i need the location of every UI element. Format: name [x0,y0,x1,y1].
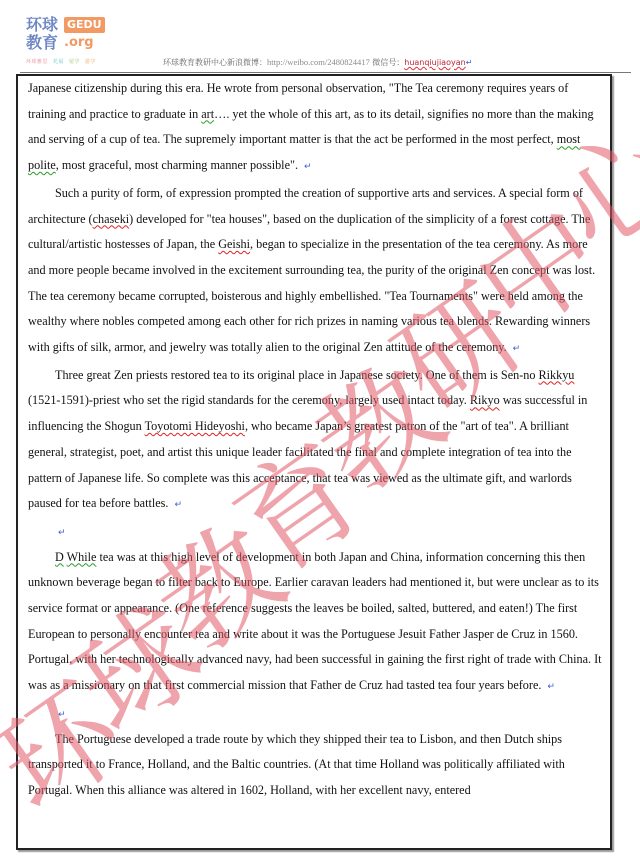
text-run: The Portuguese developed a trade route b… [28,732,565,797]
paragraph-mark-icon: ↵ [466,58,473,67]
logo-org-text: .org [64,35,94,50]
logo-sub-item: 托福 [53,59,64,65]
weibo-url-link[interactable]: http://weibo.com/2480824417 [267,57,370,67]
paragraph: The Portuguese developed a trade route b… [28,727,606,804]
spelling-error: Rikyo [470,393,500,407]
logo-gedu-badge: GEDU [64,17,105,33]
paragraph: Japanese citizenship during this era. He… [28,76,606,181]
logo-subtitle: 环球雅思托福留学游学 [26,58,101,65]
spelling-error: chaseki [93,212,130,226]
wechat-label: 微信号： [372,58,404,67]
paragraph-mark-icon: ↵ [58,710,66,720]
logo-cn-line2: 教育 [26,34,58,52]
paragraph-mark-icon: ↵ [547,682,555,692]
document-body[interactable]: Japanese citizenship during this era. He… [28,76,606,804]
text-run: , began to specialize in the presentatio… [28,237,595,354]
paragraph: D While tea was at this high level of de… [28,545,606,701]
wechat-id: huanqiujiaoyan [404,58,465,67]
weibo-info-line: 环球教育教研中心新浪微博：http://weibo.com/2480824417… [163,57,472,68]
logo-chinese-text: 环球 教育 [26,16,58,52]
text-run: , most graceful, most charming manner po… [56,158,298,172]
logo-sub-item: 环球雅思 [26,59,48,65]
grammar-warning: D [55,550,64,564]
paragraph: Three great Zen priests restored tea to … [28,363,606,519]
logo-sub-item: 留学 [69,59,80,65]
paragraph-mark-icon: ↵ [174,500,182,510]
empty-paragraph: ↵ [28,701,606,727]
document-text-box: Japanese citizenship during this era. He… [16,74,612,850]
header-divider [20,72,631,73]
weibo-label: 环球教育教研中心新浪微博： [163,58,267,67]
text-run: Three great Zen priests restored tea to … [55,368,539,382]
page-header: 环球 教育 GEDU .org 环球雅思托福留学游学 环球教育教研中心新浪微博：… [0,0,640,74]
paragraph-mark-icon: ↵ [513,344,521,354]
spelling-error: Geishi [218,237,250,251]
text-run: (1521-1591)-priest who set the rigid sta… [28,393,470,407]
paragraph-mark-icon: ↵ [58,528,66,538]
spelling-error: Rikkyu [539,368,575,382]
spelling-error: Toyotomi Hideyoshi [145,419,245,433]
logo-sub-item: 游学 [85,59,96,65]
empty-paragraph: ↵ [28,519,606,545]
logo-cn-line1: 环球 [26,16,58,34]
grammar-warning: art [201,107,214,121]
text-run: tea was at this high level of developmen… [28,550,602,693]
grammar-warning: While [67,550,97,564]
gedu-logo: 环球 教育 GEDU .org 环球雅思托福留学游学 [26,16,118,70]
paragraph: Such a purity of form, of expression pro… [28,181,606,363]
paragraph-mark-icon: ↵ [304,162,312,172]
